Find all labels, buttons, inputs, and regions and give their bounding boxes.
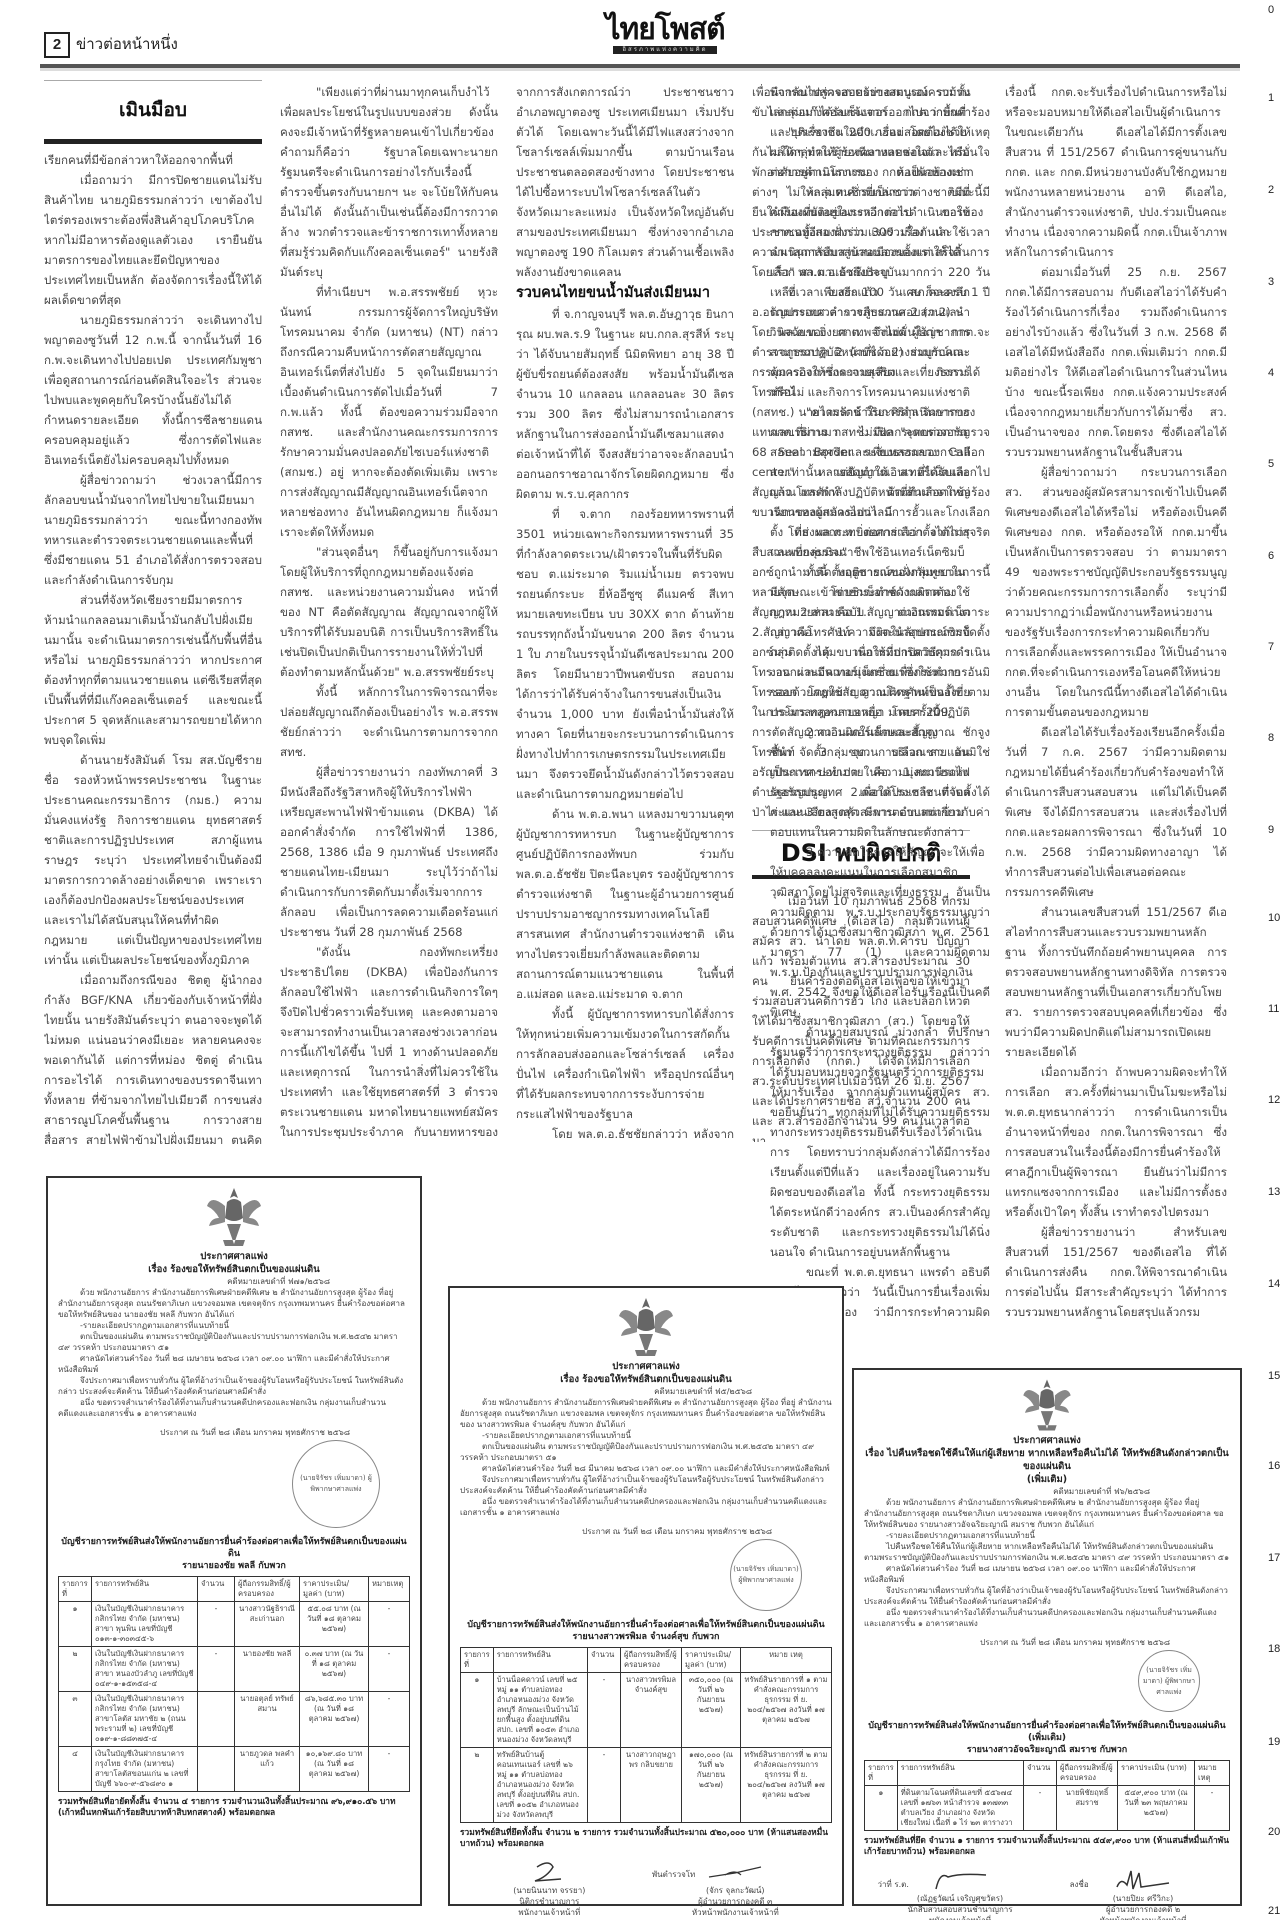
kicker-headline: เมินมือบ [44,80,262,144]
paragraph: สำนวนเลขสืบสวนที่ 151/2567 ดีเอสไอทำการส… [1005,902,1227,1062]
signatory-role: หัวหน้าพนักงานเจ้าหน้าที่ [692,1907,779,1918]
paragraph: ด้าน พ.ต.อ.พนา แหลงมาขวามนตุฑ ผู้บัญชากา… [516,804,734,1004]
cell: บ้านน็อคดาวน์ เลขที่ ๒๕ หมู่ ๑๑ ตำบลบ่อท… [493,1673,587,1748]
paragraph: ที่ทำเนียบฯ พ.อ.สรรพชัยย์ หุวะนันทน์ กรร… [280,282,498,542]
article-column-3: จากการสังเกตการณ์ว่า ประชาชนชาวอำเภอพญาต… [516,82,734,1142]
paragraph: พิจารณาตรวจสอบอย่างสมบูรณ์ครบถ้วน และต่อ… [770,82,990,182]
garuda-emblem-icon [205,1184,263,1250]
section-title: ข่าวต่อหน้าหนึ่ง [76,32,178,56]
margin-number: 6 [1268,550,1274,562]
notice-subject: เรื่อง ร้องขอให้ทรัพย์สินตกเป็นของแผ่นดิ… [460,1373,832,1386]
paragraph: 3.ความผิดในการให้สัญญาจะให้เพื่อให้บุคคล… [770,842,990,1022]
asset-total: รวมทรัพย์สินที่อายัดทั้งสิ้น จำนวน ๔ ราย… [58,1796,410,1818]
paragraph: ผู้สื่อข่าวรายงานว่า กองทัพภาคที่ 3 มีหน… [280,762,498,942]
paragraph: "ดังนั้น กองทัพกะเหรี่ยงประชาธิปไตย (DKB… [280,942,498,1142]
cell: ทรัพย์สินรายการที่ ๑ ตามคำสั่งคณะกรรมการ… [741,1673,832,1748]
column-header: รายการทรัพย์สิน [897,1761,1023,1786]
masthead-tagline: อิสรภาพแห่งความคิด [613,46,717,54]
paragraph: เรื่องนี้ กกต.จะรับเรื่องไปดำเนินการหรือ… [1005,82,1227,262]
column-header: รายการที่ [865,1761,898,1786]
margin-number: 10 [1268,912,1280,924]
paragraph: ด้านนายสมบูรณ์ ม่วงกล่ำ ที่ปรึกษารัฐมนตร… [770,1022,990,1262]
margin-number: 4 [1268,367,1274,379]
signature-icon [705,1859,765,1885]
paragraph: ตกเป็นของแผ่นดิน ตามพระราชบัญญัติป้องกัน… [460,1441,832,1463]
margin-number: 18 [1268,1643,1280,1655]
asset-table: รายการที่ รายการทรัพย์สิน จำนวน ผู้ถือกร… [58,1576,410,1792]
notice-title: ประกาศศาลแพ่ง [864,1434,1230,1447]
cell: ที่ดินตามโฉนดที่ดินเลขที่ ๕๕๖๗๔ เลขที่ ๑… [897,1786,1023,1831]
asset-list-title: บัญชีรายการทรัพย์สินส่งให้พนักงานอัยการย… [58,1528,410,1560]
paragraph: ผู้สื่อข่าวถามว่า ช่วงเวลานี้มีการลักลอบ… [44,470,262,590]
margin-number: 3 [1268,276,1274,288]
signature: ว่าที่ ร.ต. [908,1867,1013,1893]
margin-number: 14 [1268,1278,1280,1290]
signatory-role: พนักงานเจ้าหน้าที่ [513,1907,585,1918]
margin-number: 17 [1268,1552,1280,1564]
signatory-role: นิติกรชำนาญการ [513,1896,585,1907]
column-header: ผู้ถือกรรมสิทธิ์/ผู้ครอบครอง [621,1648,682,1673]
margin-number: 8 [1268,732,1274,744]
notice-title: ประกาศศาลแพ่ง [460,1360,832,1373]
column-header: จำนวน [1024,1761,1057,1786]
paragraph: ด้วย พนักงานอัยการ สำนักงานอัยการพิเศษฝ่… [460,1397,832,1430]
notice-subject-extra: (เพิ่มเติม) [864,1473,1230,1486]
margin-number: 5 [1268,458,1274,470]
paragraph: ต่อมาเมื่อวันที่ 25 ก.ย. 2567 กกต.ได้มีก… [1005,262,1227,462]
column-header: ผู้ถือกรรมสิทธิ์/ผู้ครอบครอง [1057,1761,1118,1786]
court-seal: (นายจิรัชร เหิ่มมาดา) ผู้พิพากษาศาลแพ่ง [1138,1650,1200,1712]
paragraph: ด้วย พนักงานอัยการ สำนักงานอัยการพิเศษฝ่… [58,1287,410,1320]
column-header: จำนวน [588,1648,621,1673]
signature: พันตำรวจโท [692,1859,779,1885]
cell: - [369,1647,410,1692]
cell [198,1692,235,1747]
proclamation-date: ประกาศ ณ วันที่ ๒๘ เดือน มกราคม พุทธศักร… [460,1526,832,1537]
margin-number: 9 [1268,824,1274,836]
cell: ทรัพย์สินบ้านตู้คอนเทนเนอร์ เลขที่ ๒๖ หม… [493,1748,587,1823]
paragraph: ศาลนัดไต่สวนคำร้อง วันที่ ๒๘ มีนาคม ๒๕๖๘… [460,1463,832,1474]
asset-list-subtitle: รายนางสาวอัจฉริยะญาณี สมราช กับพวก [864,1744,1230,1756]
column-header: หมาย เหตุ [741,1648,832,1673]
paragraph: จึงประกาศมาเพื่อทราบทั่วกัน ผู้ใดที่อ้าง… [460,1474,832,1496]
cell: เงินในบัญชีเงินฝากธนาคารกสิกรไทย จำกัด (… [92,1647,198,1692]
cell: - [369,1692,410,1747]
court-notice-1: ประกาศศาลแพ่ง เรื่อง ร้องขอให้ทรัพย์สินต… [46,1176,422,1906]
signature-icon [930,1867,990,1893]
paragraph: เรียกคนที่มีข้อกล่าวหาให้ออกจากพื้นที่ [44,150,262,170]
notice-body: ด้วย พนักงานอัยการ สำนักงานอัยการพิเศษฝ่… [58,1287,410,1419]
signatory-role: พนักงานเจ้าหน้าที่ [908,1915,1013,1920]
cell: ๑๐,๑๖๙.๘๐ บาท (ณ วันที่ ๑๘ ตุลาคม ๒๕๖๗) [300,1747,369,1792]
column-header: ราคาประเมิน/มูลค่า (บาท) [300,1577,369,1602]
paragraph: ศาลนัดไต่สวนคำร้อง วันที่ ๒๘ เมษายน ๒๕๖๘… [864,1563,1230,1585]
asset-total: รวมทรัพย์สินที่ยึด จำนวน ๑ รายการ รวมจำน… [864,1835,1230,1857]
asset-table: รายการที่ รายการทรัพย์สิน จำนวน ผู้ถือกร… [864,1760,1230,1831]
cell: - [588,1673,621,1748]
paragraph: จึงประกาศมาเพื่อทราบทั่วกัน ผู้ใดที่อ้าง… [58,1375,410,1397]
paragraph: ผู้สื่อข่าวรายงานว่า สำหรับเลขสืบสวนที่ … [1005,1222,1227,1322]
margin-number: 1 [1268,92,1274,104]
paragraph: -รายละเอียดปรากฏตามเอกสารที่แนบท้ายนี้ [460,1430,832,1441]
case-number: คดีหมายเลขดำที่ ฟ๗๑/๒๕๖๘ [58,1276,410,1287]
paragraph: ตกเป็นของแผ่นดิน ตามพระราชบัญญัติป้องกัน… [58,1331,410,1353]
column-header: รายการทรัพย์สิน [92,1577,198,1602]
signatory: ว่าที่ ร.ต. (ณัฏฐวัฒน์ เจริญศุขวัตร) นัก… [908,1867,1013,1920]
asset-total: รวมทรัพย์สินที่ยึดทั้งสิ้น จำนวน ๒ รายกา… [460,1827,832,1849]
cell: - [1024,1786,1057,1831]
paragraph: พล.ต.ท.คำรบกล่าวว่า ขณะนี้มีคำร้องที่ยัง… [770,182,990,402]
signatory-name: (ณัฏฐวัฒน์ เจริญศุขวัตร) [908,1893,1013,1904]
signatory-prefix: ว่าที่ ร.ต. [878,1879,909,1890]
margin-number: 15 [1268,1370,1280,1382]
table-row: ๑ ที่ดินตามโฉนดที่ดินเลขที่ ๕๕๖๗๔ เลขที่… [865,1786,1230,1831]
paragraph: อนึ่ง ขอตรวจสำเนาคำร้องได้ที่งานเก็บสำนว… [864,1607,1230,1629]
court-seal: (นายจิรัชร เหิ่มมาดา) ผู้พิพากษาศาลแพ่ง [730,1539,802,1611]
proclamation-date: ประกาศ ณ วันที่ ๒๘ เดือน มกราคม พุทธศักร… [58,1427,410,1438]
column-header: ราคาประเมิน/มูลค่า (บาท) [682,1648,741,1673]
asset-list-title: บัญชีรายการทรัพย์สินส่งให้พนักงานอัยการย… [460,1611,832,1631]
paragraph: นายภูมิธรรมกล่าวว่า จะเดินทางไปพญาตองซูว… [44,310,262,470]
signature: ลงชื่อ [1100,1867,1187,1893]
paragraph: 2.ความผิดในลักษณะฮั้วจูง ชักจูง ชี้นำ จั… [770,722,990,842]
paragraph: ไปคืนหรือชดใช้คืนให้แก่ผู้เสียหาย หากเหล… [864,1541,1230,1563]
cell: ๓๕๐,๐๐๐ (ณ วันที่ ๒๖ กันยายน ๒๕๖๗) [682,1673,741,1748]
garuda-emblem-icon [1021,1376,1073,1434]
column-header: ผู้ถือกรรมสิทธิ์/ผู้ครอบครอง [235,1577,300,1602]
paragraph: จึงประกาศมาเพื่อทราบทั่วกัน ผู้ใดที่อ้าง… [864,1585,1230,1607]
paragraph: ด้านนายรังสิมันต์ โรม สส.บัญชีรายชื่อ รอ… [44,750,262,970]
cell: ๑๗๐,๐๐๐ (ณ วันที่ ๒๖ กันยายน ๒๕๖๗) [682,1748,741,1823]
paragraph: "เพียงแต่ว่าที่ผ่านมาทุกคนเก็บงำไว้เพื่อ… [280,82,498,282]
signature [513,1859,585,1885]
signatory-role: หัวหน้าพนักงานเจ้าหน้าที่ [1100,1915,1187,1920]
signature-icon [1113,1867,1173,1893]
court-seal: (นายจิรัชร เหิ่มมาดา) ผู้พิพากษาศาลแพ่ง [292,1440,380,1528]
margin-number: 20 [1268,1826,1280,1838]
signatory-name: (จักร จุลกะวัฒน์) [692,1885,779,1896]
paragraph: ทั้งนี้ หลักการในการพิจารณาที่จะปล่อยสัญ… [280,682,498,762]
cell: ๕๕.๐๘ บาท (ณ วันที่ ๑๘ ตุลาคม ๒๕๖๗) [300,1602,369,1647]
table-row: ๔ เงินในบัญชีเงินฝากธนาคารกรุงไทย จำกัด … [59,1747,410,1792]
table-row: ๒ ทรัพย์สินบ้านตู้คอนเทนเนอร์ เลขที่ ๒๖ … [461,1748,832,1823]
asset-list-subtitle: รายนายองชัย พลลี กับพวก [58,1560,410,1572]
signatory: (นายนินนาท จรรยา) นิติกรชำนาญการ พนักงาน… [513,1859,585,1918]
cell: - [198,1647,235,1692]
cell: ๒ [461,1748,494,1823]
signature-icon [529,1859,569,1885]
cell: ๘๖,๖๘๕.๓๐ บาท (ณ วันที่ ๑๘ ตุลาคม ๒๕๖๗) [300,1692,369,1747]
paragraph: เมื่อถามอีกว่า ถ้าพบความผิดจะทำให้การเลื… [1005,1062,1227,1222]
signatory: ลงชื่อ (นายปิยะ ศรีวิกะ) ผู้อำนวยการกองค… [1100,1867,1187,1920]
cell: - [588,1748,621,1823]
paragraph: "ส่วนจุดอื่นๆ ก็ขึ้นอยู่กับการแจ้งมา โดย… [280,542,498,682]
paragraph: -รายละเอียดปรากฏตามเอกสารที่แนบท้ายนี้ [58,1320,410,1331]
table-row: ๒ เงินในบัญชีเงินฝากธนาคารกสิกรไทย จำกัด… [59,1647,410,1692]
cell: เงินในบัญชีเงินฝากธนาคารกสิกรไทย จำกัด (… [92,1602,198,1647]
margin-number: 2 [1268,184,1274,196]
paragraph: ที่ จ.ตาก กองร้อยทหารพรานที่ 3501 หน่วยเ… [516,504,734,804]
cell: ๔ [59,1747,92,1792]
article-column-1: เรียกคนที่มีข้อกล่าวหาให้ออกจากพื้นที่ เ… [44,150,262,1150]
cell: - [198,1602,235,1647]
court-notice-3: ประกาศศาลแพ่ง เรื่อง ไปคืนหรือชดใช้คืนให… [852,1368,1242,1906]
paragraph: โดย พล.ต.อ.ธัชชัยกล่าวว่า หลังจากรัฐบาลไ… [516,1124,734,1142]
masthead-title: ไทยโพสต์ [605,14,725,46]
margin-number: 12 [1268,1094,1280,1106]
paragraph: ส่วนที่จังหวัดเชียงรายมีมาตรการห้ามนำแกล… [44,590,262,750]
signatory-name: (นายปิยะ ศรีวิกะ) [1100,1893,1187,1904]
column-header: ราคาประเมิน (บาท) [1118,1761,1195,1786]
signatory: พันตำรวจโท (จักร จุลกะวัฒน์) ผู้อำนวยการ… [692,1859,779,1918]
margin-number: 21 [1268,1905,1280,1917]
signatory-role: ผู้อำนวยการกองคดี ๒ [1100,1904,1187,1915]
cell: เงินในบัญชีเงินฝากธนาคารกรุงไทย จำกัด (ม… [92,1747,198,1792]
paragraph: -รายละเอียดปรากฏตามเอกสารที่แนบท้ายนี้ [864,1530,1230,1541]
margin-number: 0 [1268,4,1274,16]
table-row: ๓ เงินในบัญชีเงินฝากธนาคารกสิกรไทย จำกัด… [59,1692,410,1747]
page-header: 2 ข่าวต่อหน้าหนึ่ง ไทยโพสต์ อิสรภาพแห่งค… [40,24,1240,64]
cell: นายภูวดล พลคำแก้ว [235,1747,300,1792]
paragraph: ด้วย พนักงานอัยการ สำนักงานอัยการพิเศษฝ่… [864,1497,1230,1530]
cell: ๑ [461,1673,494,1748]
margin-number: 7 [1268,641,1274,653]
signatory-prefix: พันตำรวจโท [652,1869,695,1880]
article-column-5-body: พิจารณาตรวจสอบอย่างสมบูรณ์ครบถ้วน และต่อ… [770,82,990,1322]
column-header: หมาย เหตุ [1195,1761,1230,1786]
notice-title: ประกาศศาลแพ่ง [58,1250,410,1263]
signature-block: ว่าที่ ร.ต. (ณัฏฐวัฒน์ เจริญศุขวัตร) นัก… [864,1867,1230,1920]
table-row: ๑ เงินในบัญชีเงินฝากธนาคารกสิกรไทย จำกัด… [59,1602,410,1647]
cell [198,1747,235,1792]
page-number: 2 [44,32,70,58]
paragraph: ที่ จ.กาญจนบุรี พล.ต.อัษฎาวุธ ยินการุณ ผ… [516,304,734,504]
paragraph: ทั้งนี้ พฤติการณ์ของกลุ่มขบวนการนี้มีลัก… [770,562,990,722]
cell: นายอตุลย์ ทรัพย์สมาน [235,1692,300,1747]
subheadline: รวบคนไทยขนน้ำมันส่งเมียนมา [516,282,734,304]
asset-list-title: บัญชีรายการทรัพย์สินส่งให้พนักงานอัยการย… [864,1712,1230,1744]
cell: ๐.๓๗ บาท (ณ วันที่ ๑๘ ตุลาคม ๒๕๖๗) [300,1647,369,1692]
margin-number: 11 [1268,1003,1279,1015]
notice-body: ด้วย พนักงานอัยการ สำนักงานอัยการพิเศษฝ่… [460,1397,832,1518]
signatory-role: นักสืบสวนสอบสวนชำนาญการ [908,1904,1013,1915]
cell: ๑ [59,1602,92,1647]
cell: - [1195,1786,1230,1831]
cell: นางสาวนัฐธิราณี สะเก่านอก [235,1602,300,1647]
paragraph: ดีเอสไอได้รับเรื่องร้องเรียนอีกครั้งเมื่… [1005,722,1227,902]
column-header: หมายเหตุ [369,1577,410,1602]
notice-subject: เรื่อง ไปคืนหรือชดใช้คืนให้แก่ผู้เสียหาย… [864,1447,1230,1473]
paragraph: ศาลนัดไต่สวนคำร้อง วันที่ ๒๘ เมษายน ๒๕๖๘… [58,1353,410,1375]
newspaper-page: 2 ข่าวต่อหน้าหนึ่ง ไทยโพสต์ อิสรภาพแห่งค… [0,0,1286,1920]
paragraph: ผู้สื่อข่าวถามว่า กระบวนการเลือก สว. ส่ว… [1005,462,1227,722]
cell: ๓ [59,1692,92,1747]
cell: - [369,1602,410,1647]
cell: นายพิชัยฤทธิ์ สมราช [1057,1786,1118,1831]
cell: ๑ [865,1786,898,1831]
paragraph: อนึ่ง ขอตรวจสำเนาคำร้องได้ที่งานเก็บสำนว… [460,1496,832,1518]
paragraph: เมื่อถามว่า มีการปิดชายแดนไม่รับสินค้าไท… [44,170,262,310]
margin-number: 16 [1268,1460,1280,1472]
cell: ๕๔๙,๙๐๐ บาท (ณ วันที่ ๒๓ พฤษภาคม ๒๕๖๗) [1118,1786,1195,1831]
signatory-prefix: ลงชื่อ [1070,1879,1089,1890]
case-number: คดีหมายเลขดำที่ ฟ๖/๒๕๖๘ [864,1486,1230,1497]
article-column-2: "เพียงแต่ว่าที่ผ่านมาทุกคนเก็บงำไว้เพื่อ… [280,82,498,1142]
cell: ทรัพย์สินรายการที่ ๒ ตามคำสั่งคณะกรรมการ… [741,1748,832,1823]
masthead-logo: ไทยโพสต์ อิสรภาพแห่งความคิด [605,14,725,54]
column-header: รายการทรัพย์สิน [493,1648,587,1673]
signatory-role: ผู้อำนวยการกองคดี ๓ [692,1896,779,1907]
cell: - [369,1747,410,1792]
signature-block: (นายนินนาท จรรยา) นิติกรชำนาญการ พนักงาน… [460,1859,832,1918]
paragraph: "ความล่าช้าในการดำเนินการของ กกต.ที่ผ่าน… [770,402,990,562]
court-notice-2: ประกาศศาลแพ่ง เรื่อง ร้องขอให้ทรัพย์สินต… [448,1286,844,1906]
notice-subject: เรื่อง ร้องขอให้ทรัพย์สินตกเป็นของแผ่นดิ… [58,1263,410,1276]
asset-list-subtitle: รายนางสาวพรพิมล จำนงค์สุข กับพวก [460,1631,832,1643]
article-column-6: เรื่องนี้ กกต.จะรับเรื่องไปดำเนินการหรือ… [1005,82,1227,1322]
asset-table: รายการที่ รายการทรัพย์สิน จำนวน ผู้ถือกร… [460,1647,832,1823]
paragraph: อนึ่ง ขอตรวจสำเนาคำร้องได้ที่งานเก็บสำนว… [58,1397,410,1419]
paragraph: เมื่อถามถึงกรณีของ ชิตตู ผู้นำกองกำลัง B… [44,970,262,1150]
column-header: รายการที่ [461,1648,494,1673]
header-rule [40,64,1240,71]
margin-number: 13 [1268,1186,1280,1198]
table-row: ๑ บ้านน็อคดาวน์ เลขที่ ๒๕ หมู่ ๑๑ ตำบลบ่… [461,1673,832,1748]
cell: นางสาวพรพิมล จำนงค์สุข [621,1673,682,1748]
notice-body: ด้วย พนักงานอัยการ สำนักงานอัยการพิเศษฝ่… [864,1497,1230,1629]
column-header: รายการที่ [59,1577,92,1602]
column-header: จำนวน [198,1577,235,1602]
cell: เงินในบัญชีเงินฝากธนาคารกสิกรไทย จำกัด (… [92,1692,198,1747]
cell: นางสาวกฤษฎาพร กลิบขยาย [621,1748,682,1823]
case-number: คดีหมายเลขดำที่ ฟ๕/๒๕๖๘ [460,1386,832,1397]
margin-number: 19 [1268,1736,1280,1748]
proclamation-date: ประกาศ ณ วันที่ ๒๘ เดือน มกราคม พุทธศักร… [864,1637,1230,1648]
paragraph: จากการสังเกตการณ์ว่า ประชาชนชาวอำเภอพญาต… [516,82,734,282]
cell: นายองชัย พลลี [235,1647,300,1692]
cell: ๒ [59,1647,92,1692]
paragraph: ทั้งนี้ ผู้บัญชาการทหารบกได้สั่งการให้ทุ… [516,1004,734,1124]
garuda-emblem-icon [617,1294,675,1360]
signatory-name: (นายนินนาท จรรยา) [513,1885,585,1896]
